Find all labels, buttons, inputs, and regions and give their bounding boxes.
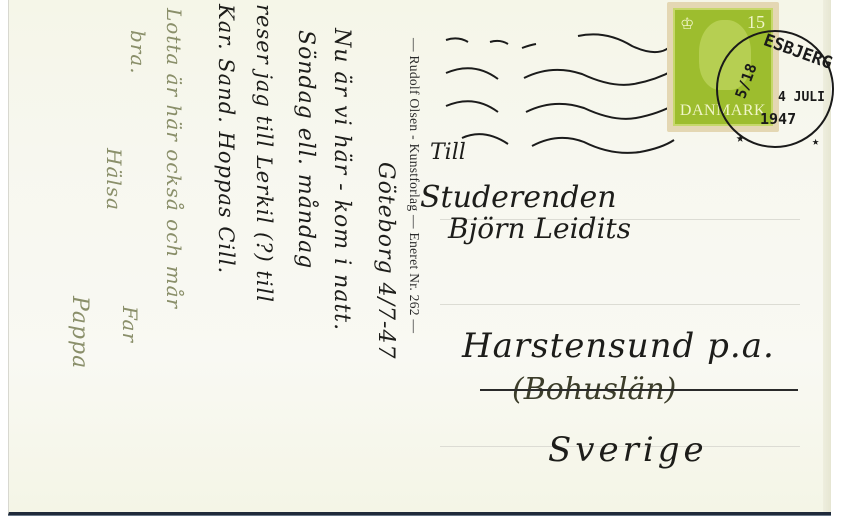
strikethrough-line — [480, 389, 798, 391]
crown-monogram-icon: ♔ — [680, 14, 694, 34]
message-line: Kar. Sand. Hoppas Cill. — [214, 4, 238, 274]
message-line: reser jag till Lerkil (?) till — [252, 4, 276, 303]
stamp-value: 15 — [747, 12, 765, 33]
message-line: Söndag ell. måndag — [293, 30, 318, 269]
postmark: ESBJERG 5/18 4 JULI 1947 ★ ★ — [716, 30, 834, 148]
message-line: Nu är vi här - kom i natt. — [329, 28, 354, 331]
address-place: Harstensund p.a. — [462, 326, 775, 366]
address-guide-line — [440, 304, 800, 305]
message-signoff: Far — [118, 306, 142, 343]
message-line: bra. — [126, 30, 150, 75]
postmark-time: 5/18 — [731, 61, 760, 101]
postmark-year: 1947 — [760, 110, 796, 128]
address-country: Sverige — [548, 430, 708, 470]
address-prefix: Till — [430, 140, 466, 165]
postmark-star-icon: ★ — [812, 134, 819, 148]
message-date: Göteborg 4/7-47 — [373, 162, 398, 359]
message-greeting: Hälsa — [102, 148, 126, 211]
address-title: Studerenden — [420, 180, 617, 215]
address-name: Björn Leidits — [448, 212, 631, 245]
postmark-star-icon: ★ — [736, 130, 744, 146]
message-signature: Pappa — [67, 296, 92, 369]
postmark-date: 4 JULI — [778, 90, 825, 105]
message-line: Lotta är här också och mår — [162, 8, 186, 309]
